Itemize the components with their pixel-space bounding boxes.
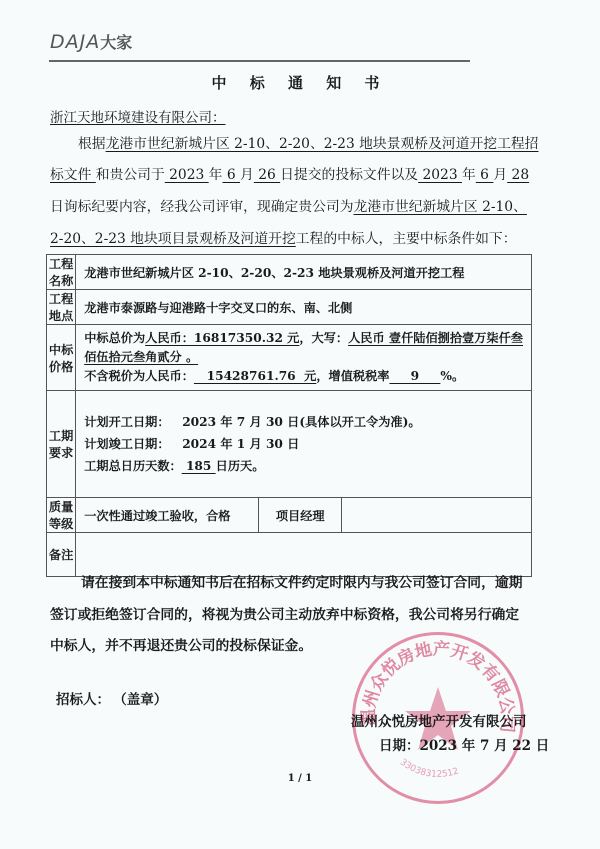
intro-line-2: 标文件 和贵公司于 2023 年 6 月 26 日提交的投标文件以及 2023 … (50, 163, 529, 187)
end-date-line: 计划竣工日期：2024 年 1 月 30 日 (84, 433, 523, 455)
duration-label: 工期总日历天数： (84, 459, 182, 473)
issue-date: 日期：2023 年 7 月 22 日 (379, 734, 549, 754)
price-line-1: 中标总价为人民币：16817350.32 元，大写：人民币 壹仟陆佰捌拾壹万柒仟… (84, 329, 523, 348)
price-line-2: 佰伍拾元叁角贰分 。 (84, 348, 523, 367)
intro-line-3: 日询标纪要内容，经我公司评审，现确定贵公司为龙港市世纪新城片区 2-10、 (50, 195, 527, 219)
quality-value: 一次性通过竣工验收，合格 (76, 498, 259, 533)
bid-day: 26 (254, 167, 280, 183)
table-row: 质量等级 一次性通过竣工验收，合格 项目经理 (47, 498, 532, 533)
start-date-line: 计划开工日期：2023 年 7 月 30 日(具体以开工令为准)。 (84, 411, 523, 433)
project-name-inline: 2-20、2-23 地块项目景观桥及河道开挖 (50, 231, 296, 247)
start-date-label: 计划开工日期： (84, 411, 182, 433)
tenderer-line: 招标人：（盖章） (56, 688, 167, 708)
header-divider (49, 60, 470, 62)
logo-latin: DAJA (50, 31, 100, 53)
text: 日提交的投标文件以及 (280, 167, 418, 183)
text: 根据 (78, 136, 106, 152)
price-value: 中标总价为人民币：16817350.32 元，大写：人民币 壹仟陆佰捌拾壹万柒仟… (76, 325, 532, 391)
closing-line-1: 请在接到本中标通知书后在招标文件约定时限内与我公司签订合同，逾期 (81, 571, 523, 591)
intro-line-4: 2-20、2-23 地块项目景观桥及河道开挖工程的中标人，主要中标条件如下： (50, 227, 517, 251)
start-date-value: 2023 年 7 月 30 日(具体以开工令为准)。 (182, 415, 420, 429)
text: 和贵公司于 (96, 167, 165, 183)
duration-line: 工期总日历天数： 185 日历天。 (84, 455, 523, 477)
remark-value (76, 533, 532, 577)
inquiry-day: 28 (507, 167, 529, 183)
company-logo: DAJA大家 (50, 30, 132, 53)
quality-label: 质量等级 (47, 498, 76, 533)
bid-month: 6 (222, 167, 240, 183)
text: 年 (209, 167, 223, 183)
text: 日询标纪要内容，经我公司评审，现确定贵公司为 (50, 199, 354, 215)
award-terms-table: 工程名称 龙港市世纪新城片区 2-10、2-20、2-23 地块景观桥及河道开挖… (46, 254, 532, 577)
table-row: 备注 (47, 533, 532, 577)
price-line-3: 不含税价为人民币： 15428761.76 元，增值税税率 9 %。 (84, 367, 523, 386)
location-value: 龙港市泰源路与迎港路十字交叉口的东、南、北侧 (76, 290, 532, 325)
table-row: 中标价格 中标总价为人民币：16817350.32 元，大写：人民币 壹仟陆佰捌… (47, 325, 532, 391)
project-name-inline: 龙港市世纪新城片区 2-10、 (354, 199, 527, 215)
closing-line-2: 签订或拒绝签订合同的，将视为贵公司主动放弃中标资格，我公司将另行确定 (50, 603, 519, 623)
logo-cn: 大家 (100, 33, 132, 52)
schedule-label: 工期要求 (47, 391, 76, 498)
tender-doc-name: 龙港市世纪新城片区 2-10、2-20、2-23 地块景观桥及河道开挖工程招 (106, 136, 539, 152)
inquiry-month: 6 (476, 167, 494, 183)
addressee: 浙江天地环境建设有限公司： (50, 106, 226, 126)
table-row: 工程地点 龙港市泰源路与迎港路十字交叉口的东、南、北侧 (47, 290, 532, 325)
text: 年 (462, 167, 476, 183)
seal-note: （盖章） (120, 692, 167, 708)
tenderer-label: 招标人： (56, 692, 110, 708)
document-title: 中 标 通 知 书 (0, 72, 600, 93)
text: %。 (440, 369, 464, 383)
closing-line-3: 中标人，并不再退还贵公司的投标保证金。 (50, 634, 312, 654)
schedule-value: 计划开工日期：2023 年 7 月 30 日(具体以开工令为准)。 计划竣工日期… (76, 391, 532, 498)
pre-tax-price: 15428761.76 元 (194, 369, 316, 383)
text: 中标总价为 (84, 331, 145, 345)
project-name-label: 工程名称 (47, 255, 76, 290)
text: 月 (240, 167, 254, 183)
end-date-value: 2024 年 1 月 30 日 (182, 437, 299, 451)
duration-days: 185 (182, 459, 216, 473)
price-label: 中标价格 (47, 325, 76, 391)
project-name-value: 龙港市世纪新城片区 2-10、2-20、2-23 地块景观桥及河道开挖工程 (76, 255, 532, 290)
location-label: 工程地点 (47, 290, 76, 325)
total-price-words: 人民币 壹仟陆佰捌拾壹万柒仟叁 (348, 331, 523, 345)
text: 月 (493, 167, 507, 183)
manager-value (342, 498, 532, 533)
remark-label: 备注 (47, 533, 76, 577)
text: ，大写： (299, 331, 348, 345)
total-price-words-cont: 佰伍拾元叁角贰分 。 (84, 350, 198, 364)
inquiry-year: 2023 (418, 167, 462, 183)
text: 不含税价为人民币： (84, 369, 194, 383)
table-row: 工期要求 计划开工日期：2023 年 7 月 30 日(具体以开工令为准)。 计… (47, 391, 532, 498)
vat-rate: 9 (389, 369, 440, 383)
text: 工程的中标人，主要中标条件如下： (296, 231, 517, 247)
page-number: 1 / 1 (0, 773, 600, 784)
text: 标文件 (50, 167, 96, 183)
end-date-label: 计划竣工日期： (84, 433, 182, 455)
total-price: 人民币：16817350.32 元 (145, 331, 299, 345)
intro-line-1: 根据龙港市世纪新城片区 2-10、2-20、2-23 地块景观桥及河道开挖工程招 (78, 132, 538, 156)
text: 日历天。 (216, 459, 265, 473)
manager-label: 项目经理 (259, 498, 342, 533)
bid-year: 2023 (165, 167, 209, 183)
issuer-company: 温州众悦房地产开发有限公司 (351, 710, 527, 730)
text: ，增值税税率 (316, 369, 389, 383)
table-row: 工程名称 龙港市世纪新城片区 2-10、2-20、2-23 地块景观桥及河道开挖… (47, 255, 532, 290)
